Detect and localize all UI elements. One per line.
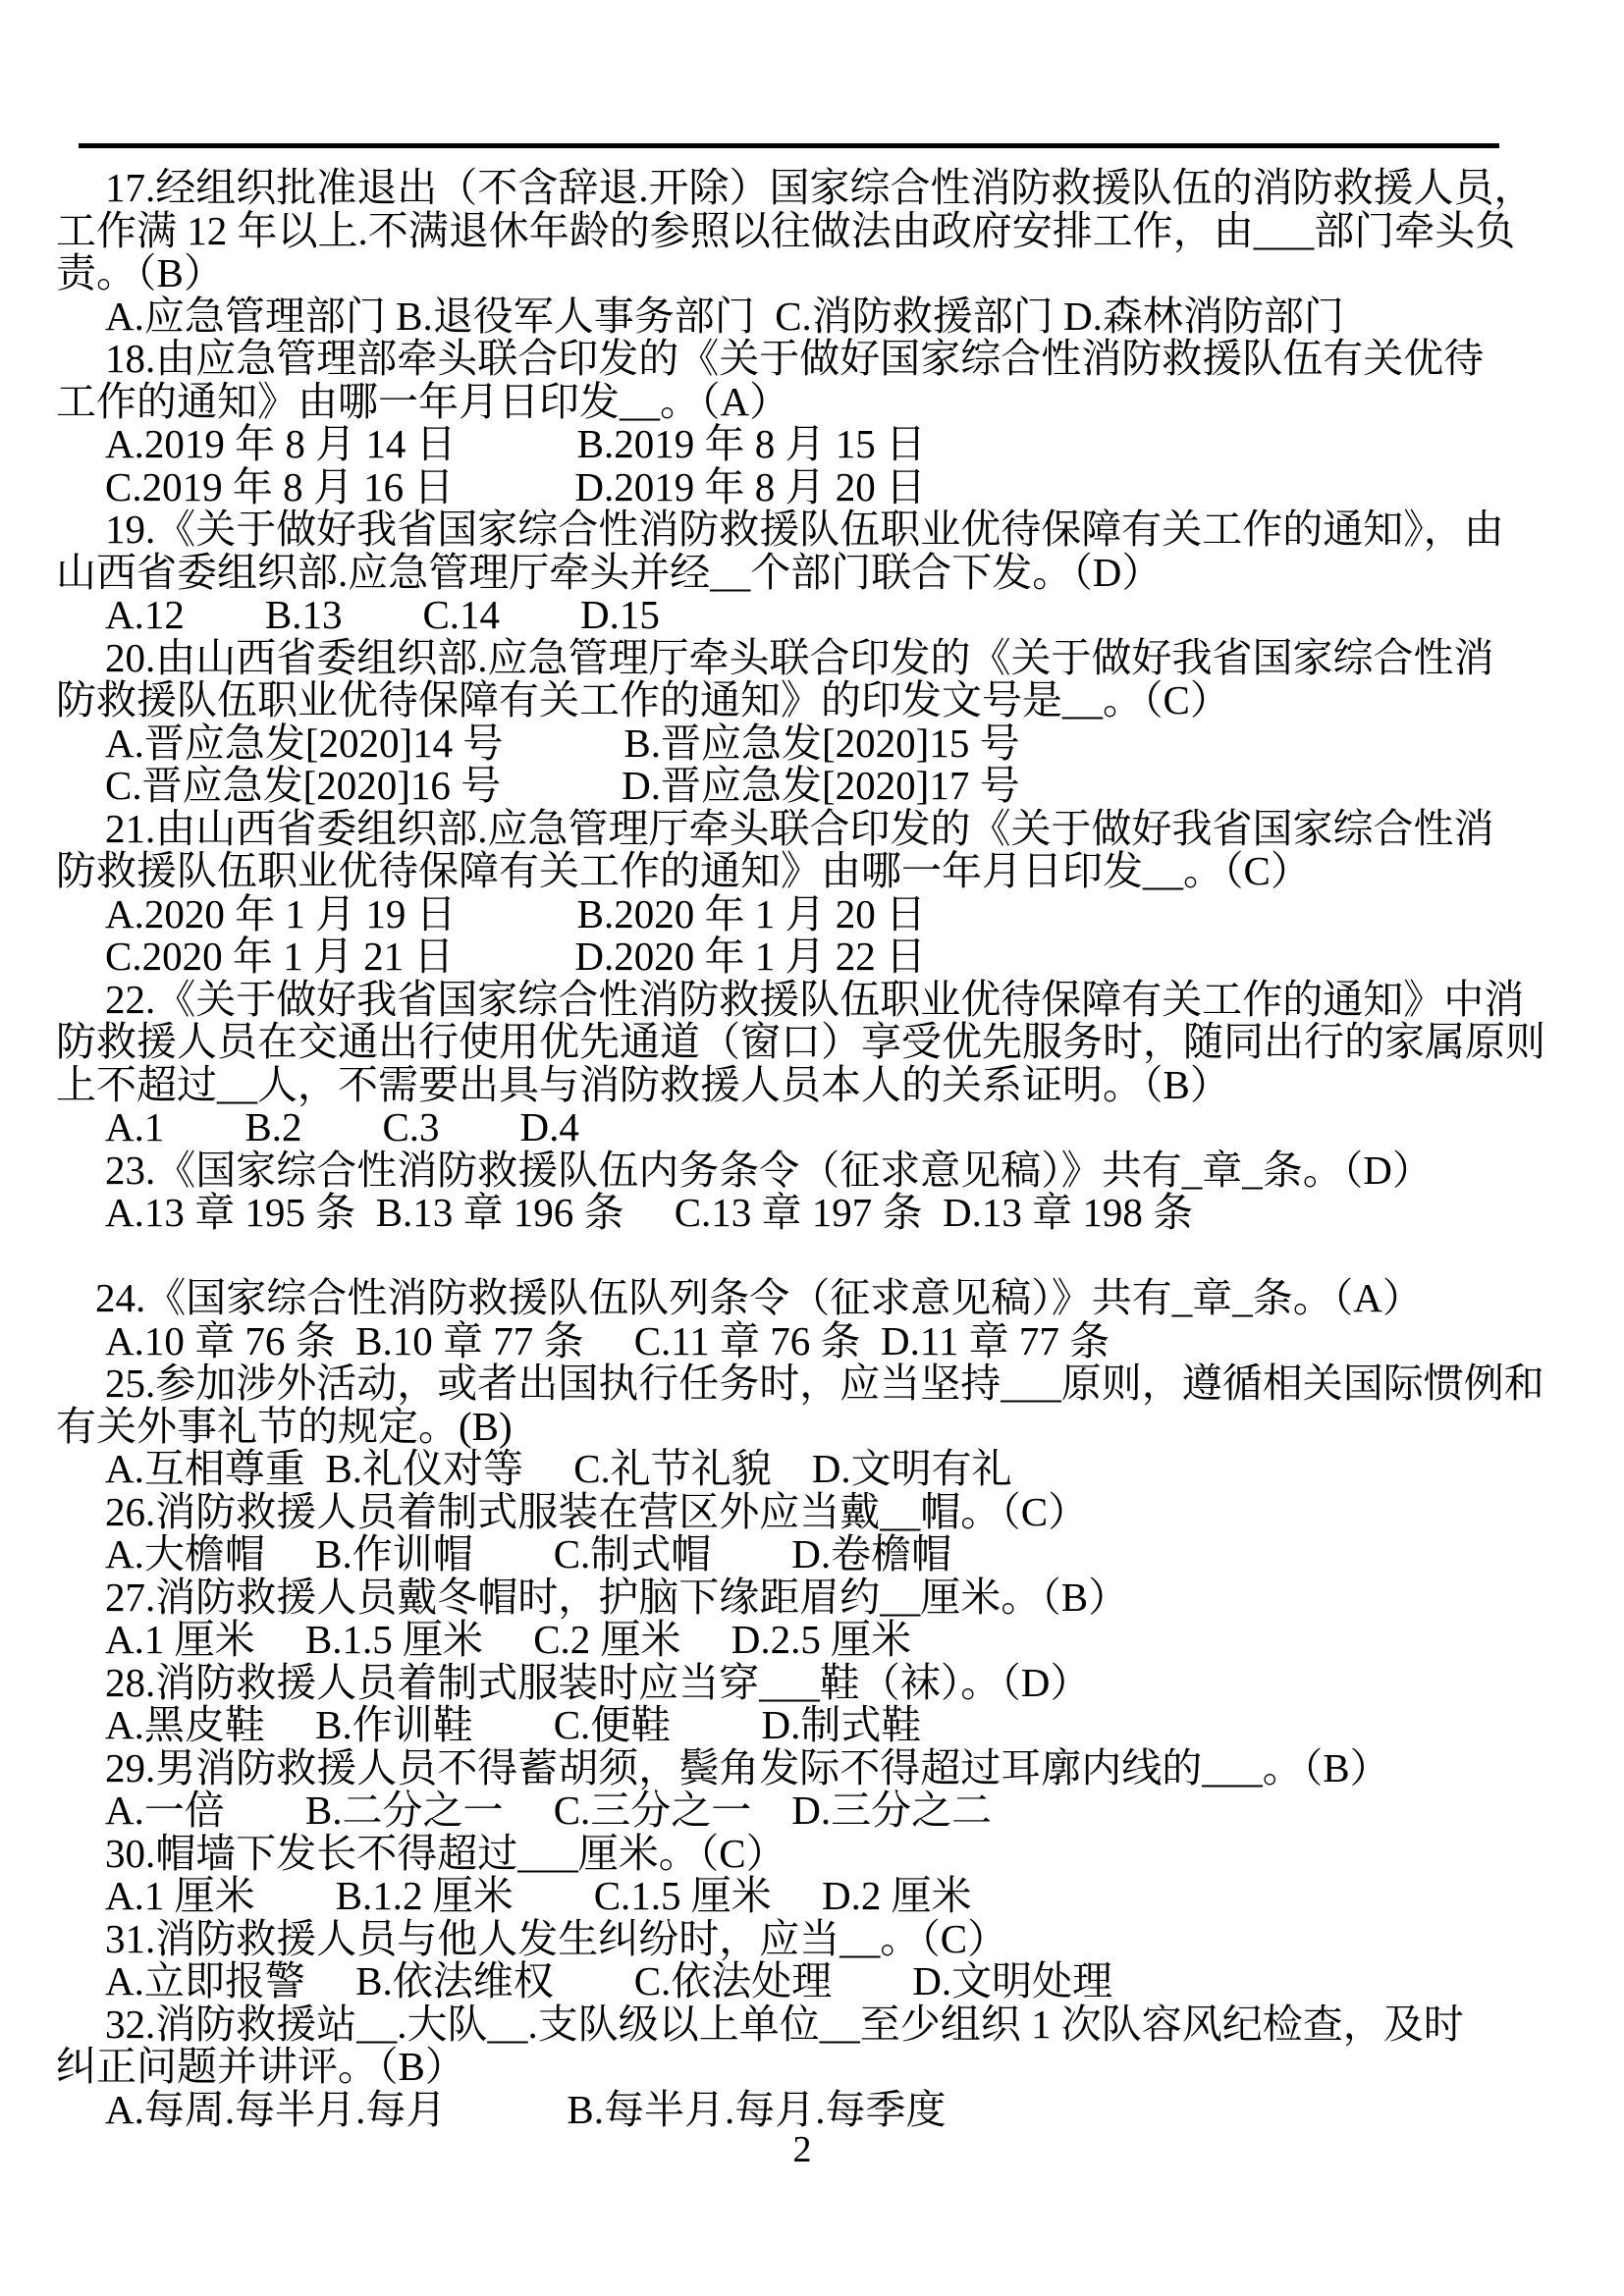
text-line: 23.《国家综合性消防救援队伍内务条令（征求意见稿）》共有_章_条。（D） (56, 1149, 1568, 1193)
text-line: 29.男消防救援人员不得蓄胡须，鬓角发际不得超过耳廓内线的___。（B） (56, 1747, 1568, 1790)
text-line: A.一倍 B.二分之一 C.三分之一 D.三分之二 (56, 1789, 1568, 1833)
text-line: A.1 B.2 C.3 D.4 (56, 1106, 1568, 1149)
text-line: 防救援人员在交通出行使用优先通道（窗口）享受优先服务时，随同出行的家属原则 (56, 1021, 1568, 1064)
text-line: A.2020 年 1 月 19 日 B.2020 年 1 月 20 日 (56, 893, 1568, 936)
question-list: 17.经组织批准退出（不含辞退.开除）国家综合性消防救援队伍的消防救援人员，工作… (56, 167, 1568, 2131)
text-line: 32.消防救援站__.大队__.支队级以上单位__至少组织 1 次队容风纪检查，… (56, 2003, 1568, 2047)
text-line: 有关外事礼节的规定。(B) (56, 1406, 1568, 1449)
text-line: A.10 章 76 条 B.10 章 77 条 C.11 章 76 条 D.11… (56, 1320, 1568, 1363)
text-line: 26.消防救援人员着制式服装在营区外应当戴__帽。（C） (56, 1491, 1568, 1534)
text-line: 防救援队伍职业优待保障有关工作的通知》的印发文号是__。（C） (56, 679, 1568, 722)
text-line: 30.帽墙下发长不得超过___厘米。（C） (56, 1833, 1568, 1876)
text-line: C.晋应急发[2020]16 号 D.晋应急发[2020]17 号 (56, 765, 1568, 808)
text-line: 山西省委组织部.应急管理厅牵头并经__个部门联合下发。（D） (56, 552, 1568, 595)
document-page: 17.经组织批准退出（不含辞退.开除）国家综合性消防救援队伍的消防救援人员，工作… (0, 0, 1624, 2296)
text-line: A.1 厘米 B.1.2 厘米 C.1.5 厘米 D.2 厘米 (56, 1875, 1568, 1918)
page-number: 2 (56, 2130, 1548, 2169)
text-line: A.1 厘米 B.1.5 厘米 C.2 厘米 D.2.5 厘米 (56, 1619, 1568, 1662)
text-line: A.13 章 195 条 B.13 章 196 条 C.13 章 197 条 D… (56, 1192, 1568, 1235)
text-line: 20.由山西省委组织部.应急管理厅牵头联合印发的《关于做好我省国家综合性消 (56, 637, 1568, 680)
text-line: A.2019 年 8 月 14 日 B.2019 年 8 月 15 日 (56, 423, 1568, 466)
text-line: A.12 B.13 C.14 D.15 (56, 594, 1568, 637)
text-line: 28.消防救援人员着制式服装时应当穿___鞋（袜）。（D） (56, 1662, 1568, 1705)
text-line: 18.由应急管理部牵头联合印发的《关于做好国家综合性消防救援队伍有关优待 (56, 338, 1568, 381)
text-line: 22.《关于做好我省国家综合性消防救援队伍职业优待保障有关工作的通知》中消 (56, 979, 1568, 1022)
text-line: 21.由山西省委组织部.应急管理厅牵头联合印发的《关于做好我省国家综合性消 (56, 808, 1568, 851)
text-line: 工作的通知》由哪一年月日印发__。（A） (56, 381, 1568, 424)
text-line: 27.消防救援人员戴冬帽时，护脑下缘距眉约__厘米。（B） (56, 1576, 1568, 1620)
text-line: 19.《关于做好我省国家综合性消防救援队伍职业优待保障有关工作的通知》，由 (56, 508, 1568, 552)
text-line: 上不超过__人，不需要出具与消防救援人员本人的关系证明。（B） (56, 1064, 1568, 1107)
blank-line (56, 1235, 1568, 1278)
text-line: A.大檐帽 B.作训帽 C.制式帽 D.卷檐帽 (56, 1533, 1568, 1576)
text-line: A.互相尊重 B.礼仪对等 C.礼节礼貌 D.文明有礼 (56, 1448, 1568, 1491)
text-line: 31.消防救援人员与他人发生纠纷时，应当__。（C） (56, 1918, 1568, 1961)
text-line: 工作满 12 年以上.不满退休年龄的参照以往做法由政府安排工作，由___部门牵头… (56, 210, 1568, 253)
text-line: 防救援队伍职业优待保障有关工作的通知》由哪一年月日印发__。（C） (56, 850, 1568, 893)
text-line: A.每周.每半月.每月 B.每半月.每月.每季度 (56, 2089, 1568, 2132)
text-line: A.晋应急发[2020]14 号 B.晋应急发[2020]15 号 (56, 722, 1568, 766)
text-line: 纠正问题并讲评。（B） (56, 2046, 1568, 2089)
text-line: 24.《国家综合性消防救援队伍队列条令（征求意见稿）》共有_章_条。（A） (56, 1277, 1568, 1320)
text-line: 25.参加涉外活动，或者出国执行任务时，应当坚持___原则，遵循相关国际惯例和 (56, 1362, 1568, 1406)
text-line: 责。（B） (56, 252, 1568, 295)
text-line: A.应急管理部门 B.退役军人事务部门 C.消防救援部门 D.森林消防部门 (56, 295, 1568, 339)
text-line: C.2019 年 8 月 16 日 D.2019 年 8 月 20 日 (56, 466, 1568, 509)
header-rule (79, 143, 1499, 148)
text-line: 17.经组织批准退出（不含辞退.开除）国家综合性消防救援队伍的消防救援人员， (56, 167, 1568, 210)
text-line: A.黑皮鞋 B.作训鞋 C.便鞋 D.制式鞋 (56, 1704, 1568, 1747)
text-line: A.立即报警 B.依法维权 C.依法处理 D.文明处理 (56, 1960, 1568, 2003)
text-line: C.2020 年 1 月 21 日 D.2020 年 1 月 22 日 (56, 935, 1568, 979)
